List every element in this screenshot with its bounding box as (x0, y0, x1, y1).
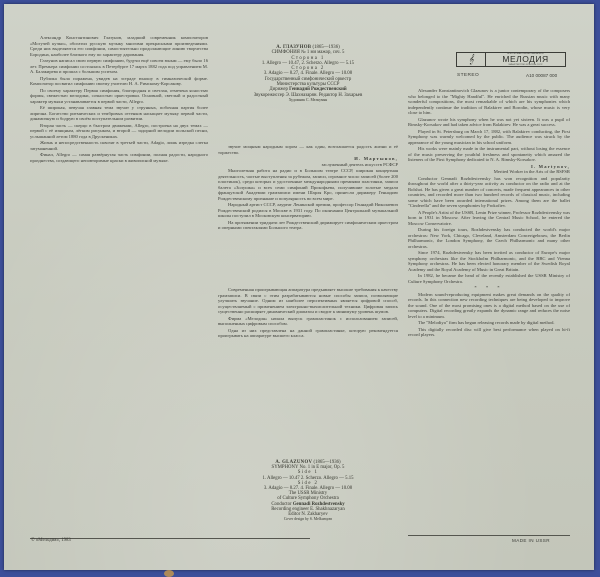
conductor-label-en: Conductor (271, 502, 291, 507)
middle-column-digital-notes: Современная проигрывающая аппаратура пре… (218, 287, 398, 439)
paragraph: По своему характеру Первая симфония, бла… (30, 88, 208, 105)
signature: И. Мартынов,заслуженный деятель искусств… (218, 156, 398, 167)
paragraph: Modern sound-reproducing equipment makes… (408, 292, 570, 320)
footer-divider-right (408, 535, 570, 536)
track-listing-russian: А. ГЛАЗУНОВ (1865—1936) СИМФОНИЯ № 1 ми … (218, 45, 398, 103)
paragraph: Александр Константинович Глазунов, младш… (30, 35, 208, 57)
conductor-name-en: Gennadi Rozhdestvensky (293, 502, 345, 507)
catalog-number: А10 00087 000 (526, 73, 557, 78)
signature-title: заслуженный деятель искусств РСФСР (321, 162, 398, 167)
melodiya-logo: 𝄞 ВСЕСОЮЗНАЯ ФИРМА ГРАМЗАПИСИ МЕЛОДИЯ МИ… (456, 52, 566, 67)
copyright-notice: © «Мелодия», 1983 (31, 538, 71, 543)
paragraph: In 1982, he became the head of the recen… (408, 273, 570, 284)
paragraph: Публика была поражена, увидев на эстраде… (30, 76, 208, 87)
brand-name: МЕЛОДИЯ (502, 55, 548, 64)
signature-name: I. Martynov, (531, 164, 570, 169)
paragraph: На протяжении тридцати лет Рождественски… (218, 220, 398, 231)
logo-bottom-caption: МИНИСТЕРСТВО КУЛЬТУРЫ СССР (509, 64, 543, 66)
paragraph: A People's Artist of the USSR, Lenin Pri… (408, 210, 570, 227)
paragraph: Вторая часть — скерцо в быстром движении… (30, 123, 208, 140)
middle-column-russian-notes: звучит мощным народным хором — как один,… (218, 144, 398, 282)
paragraph: звучит мощным народным хором — как один,… (218, 144, 398, 155)
stereo-label: STEREO (457, 73, 479, 78)
signature: I. Martynov,Merited Worker in the Arts o… (408, 164, 570, 175)
sleeve-stain (164, 570, 174, 577)
paragraph: The "Melodiya" firm has begun releasing … (408, 320, 570, 326)
paragraph: Alexander Konstantinovich Glazunov is a … (408, 88, 570, 116)
paragraph: Played in St. Petersburg on March 17, 18… (408, 129, 570, 146)
paragraph: Финал, Allegro — самая развёрнутая часть… (30, 152, 208, 163)
paragraph: Народный артист СССР, лауреат Ленинской … (218, 202, 398, 219)
paragraph: Since 1974, Rozhdestvensky has been invi… (408, 250, 570, 272)
paragraph: Glazunov wrote his symphony when he was … (408, 117, 570, 128)
paragraph: This digitally recorded disc will give b… (408, 327, 570, 338)
signature-name: И. Мартынов, (354, 156, 398, 161)
made-in-label: MADE IN USSR (512, 538, 550, 543)
paragraph: Одна из них представлена на данной грамп… (218, 328, 398, 339)
footer-divider-left (30, 538, 310, 539)
cover-designer-en: Cover design by S. Melkumyan (218, 517, 398, 522)
track-listing-english: A. GLAZUNOV (1865—1936) SYMPHONY No. 1 i… (218, 460, 398, 522)
paragraph: Современная проигрывающая аппаратура пре… (218, 287, 398, 315)
paragraph: Conductor Gennadi Rozhdestvensky has won… (408, 176, 570, 209)
melodiya-emblem-icon: 𝄞 (457, 53, 486, 66)
paragraph: Глазунов написал свою первую симфонию, б… (30, 58, 208, 75)
paragraph: During his foreign tours, Rozhdestvensky… (408, 227, 570, 249)
right-column-english-notes: Alexander Konstantinovich Glazunov is a … (408, 88, 570, 480)
conductor-label: Дирижер (269, 87, 288, 92)
paragraph: Её широкая, певучая главная тема звучит … (30, 105, 208, 122)
paragraph: Жизнь и непосредственность сквозят в тре… (30, 140, 208, 151)
paragraph: His works were mainly made in the instru… (408, 146, 570, 163)
record-sleeve-back: Александр Константинович Глазунов, младш… (4, 4, 594, 570)
signature-title: Merited Worker in the Arts of the RSFSR (494, 169, 570, 174)
left-column-russian-notes: Александр Константинович Глазунов, младш… (30, 35, 208, 485)
paragraph: Фирма «Мелодия» начала выпуск грампласти… (218, 316, 398, 327)
conductor-name: Геннадий Рождественский (289, 87, 346, 92)
paragraph: Многолетняя работа на радио и в Большом … (218, 168, 398, 201)
section-separator: * * * (408, 285, 570, 291)
cover-designer: Художник С. Мелкумян (218, 98, 398, 103)
